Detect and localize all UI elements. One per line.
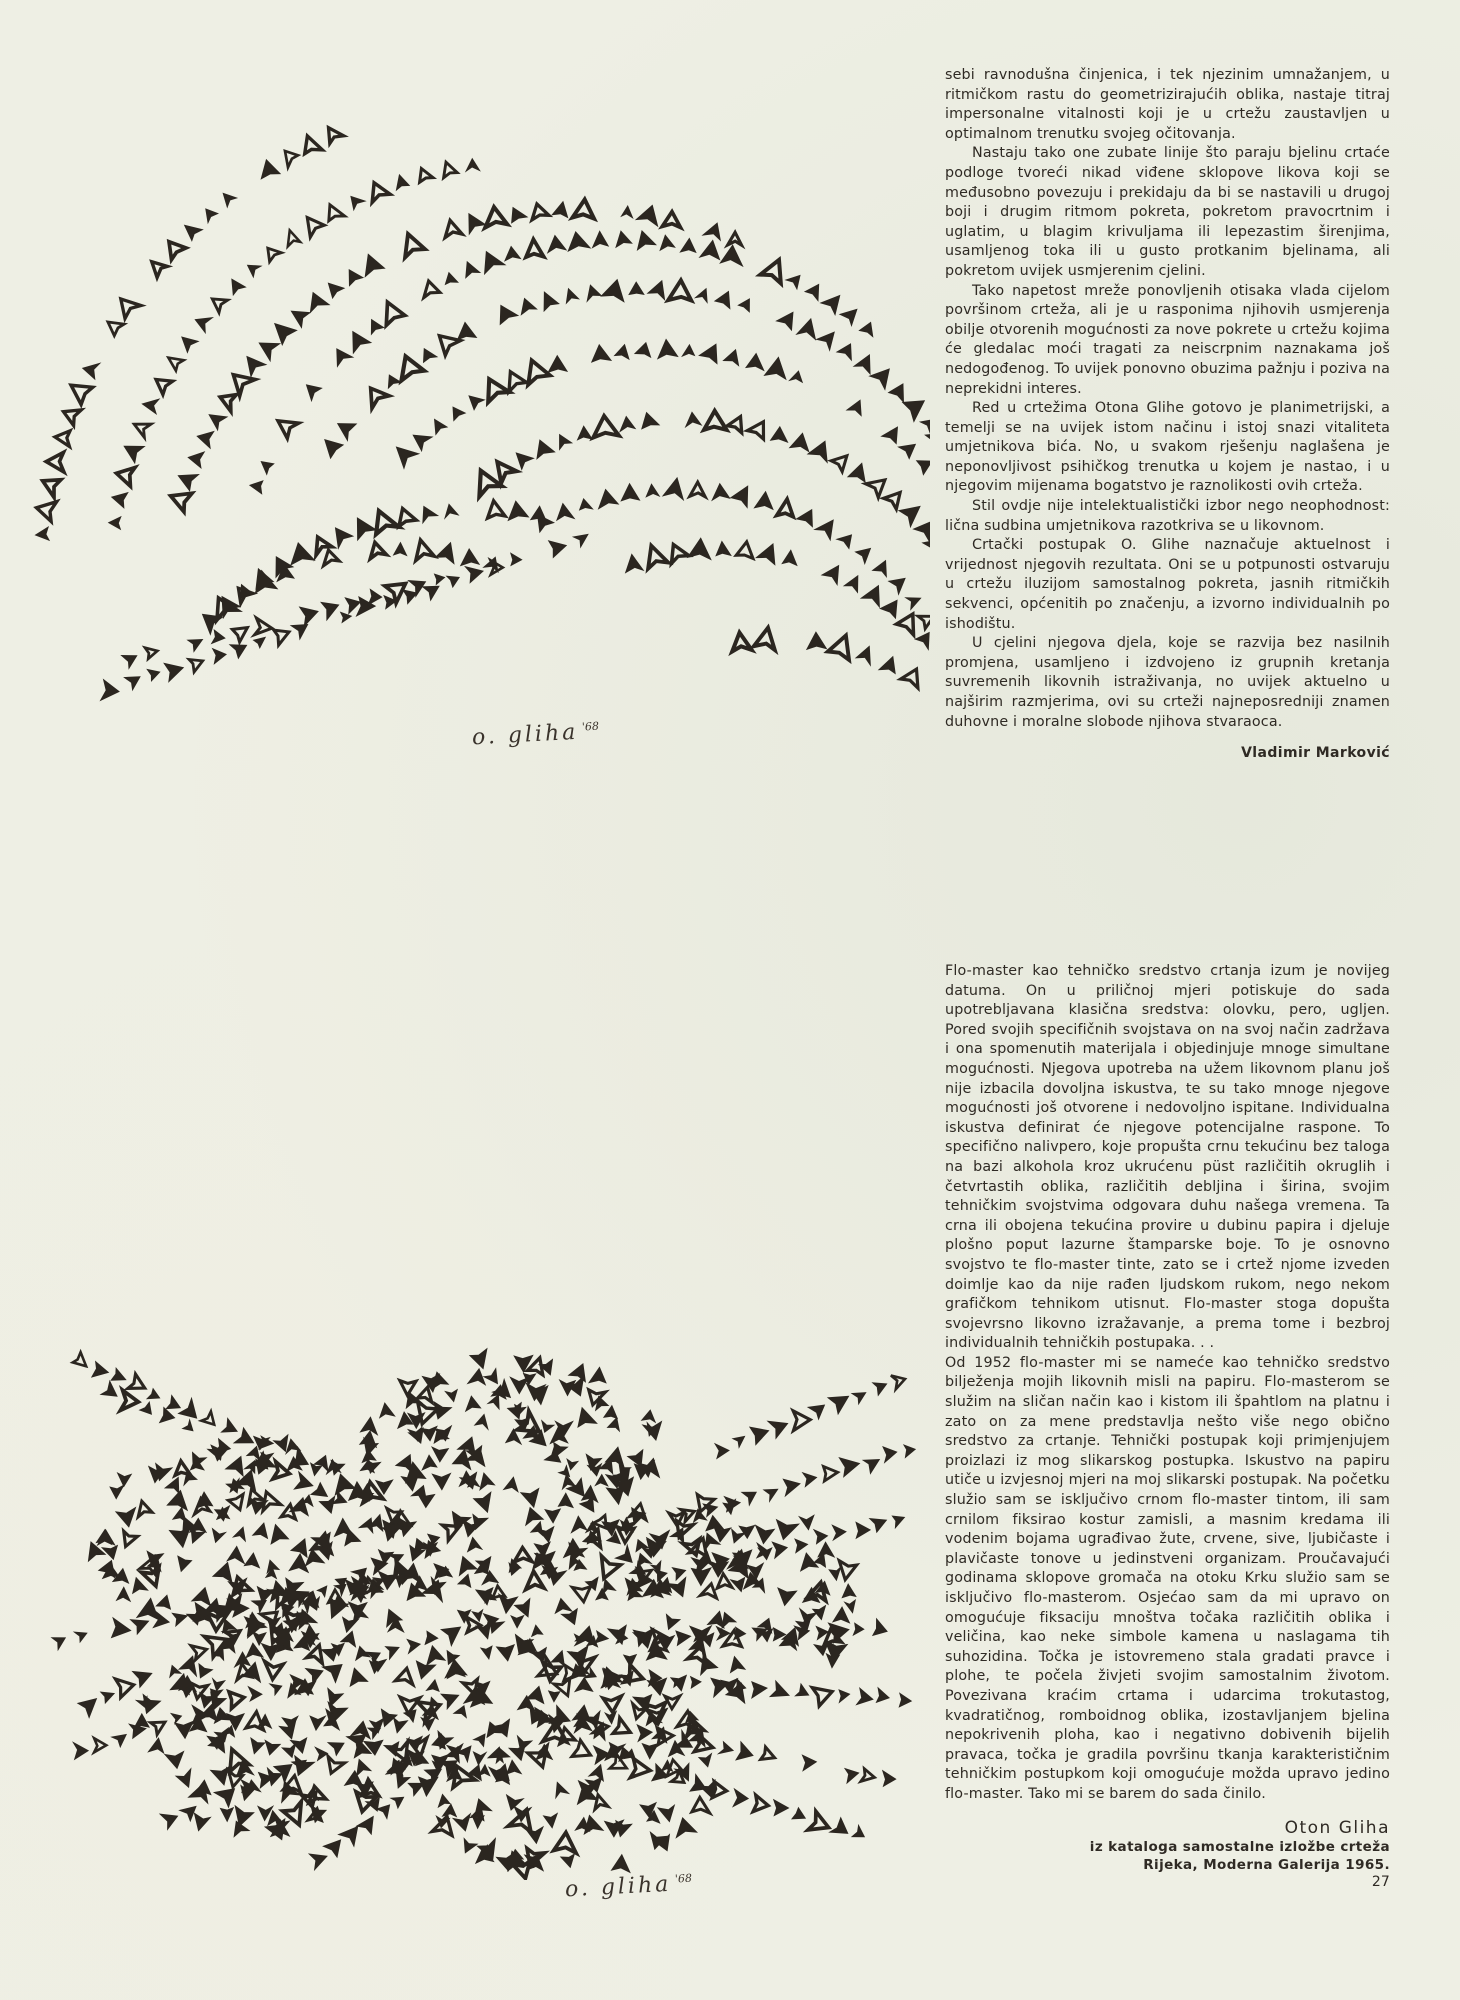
article-gliha: Flo-master kao tehničko sredstvo crtanja… — [945, 962, 1390, 1890]
signature-text: o. gliha — [564, 1872, 671, 1903]
paragraph: sebi ravnodušna činjenica, i tek njezini… — [945, 66, 1390, 144]
triangle-marks-arcs-illustration — [20, 70, 930, 710]
artist-signature-bottom: o. gliha'68 — [564, 1871, 692, 1903]
paragraph: Od 1952 flo-master mi se nameće kao tehn… — [945, 1354, 1390, 1805]
paragraph: Flo-master kao tehničko sredstvo crtanja… — [945, 962, 1390, 1354]
artist-signature-top: o. glihа'68 — [471, 719, 599, 751]
triangle-marks-star-illustration — [20, 1320, 930, 1880]
bottom-ink-drawing — [20, 1320, 930, 1880]
paragraph: Tako napetost mreže ponovljenih otisaka … — [945, 282, 1390, 400]
paragraph: Nastaju tako one zubate linije što paraj… — [945, 144, 1390, 281]
signature-text: o. glihа — [471, 720, 578, 751]
page-number: 27 — [945, 1874, 1390, 1890]
paragraph: Red u crtežima Otona Glihe gotovo je pla… — [945, 399, 1390, 497]
paragraph: Crtački postupak O. Glihe naznačuje aktu… — [945, 536, 1390, 634]
signature-year: '68 — [582, 719, 600, 733]
author-byline: Oton Gliha — [945, 1819, 1390, 1839]
author-byline: Vladimir Marković — [945, 744, 1390, 764]
paragraph: U cjelini njegova djela, koje se razvija… — [945, 634, 1390, 732]
source-caption-line-1: iz kataloga samostalne izložbe crteža — [945, 1838, 1390, 1856]
top-ink-drawing — [20, 70, 930, 710]
paragraph: Stil ovdje nije intelektualistički izbor… — [945, 497, 1390, 536]
source-caption-line-2: Rijeka, Moderna Galerija 1965. — [945, 1856, 1390, 1874]
signature-year: '68 — [675, 1871, 693, 1885]
article-markovic: sebi ravnodušna činjenica, i tek njezini… — [945, 66, 1390, 764]
